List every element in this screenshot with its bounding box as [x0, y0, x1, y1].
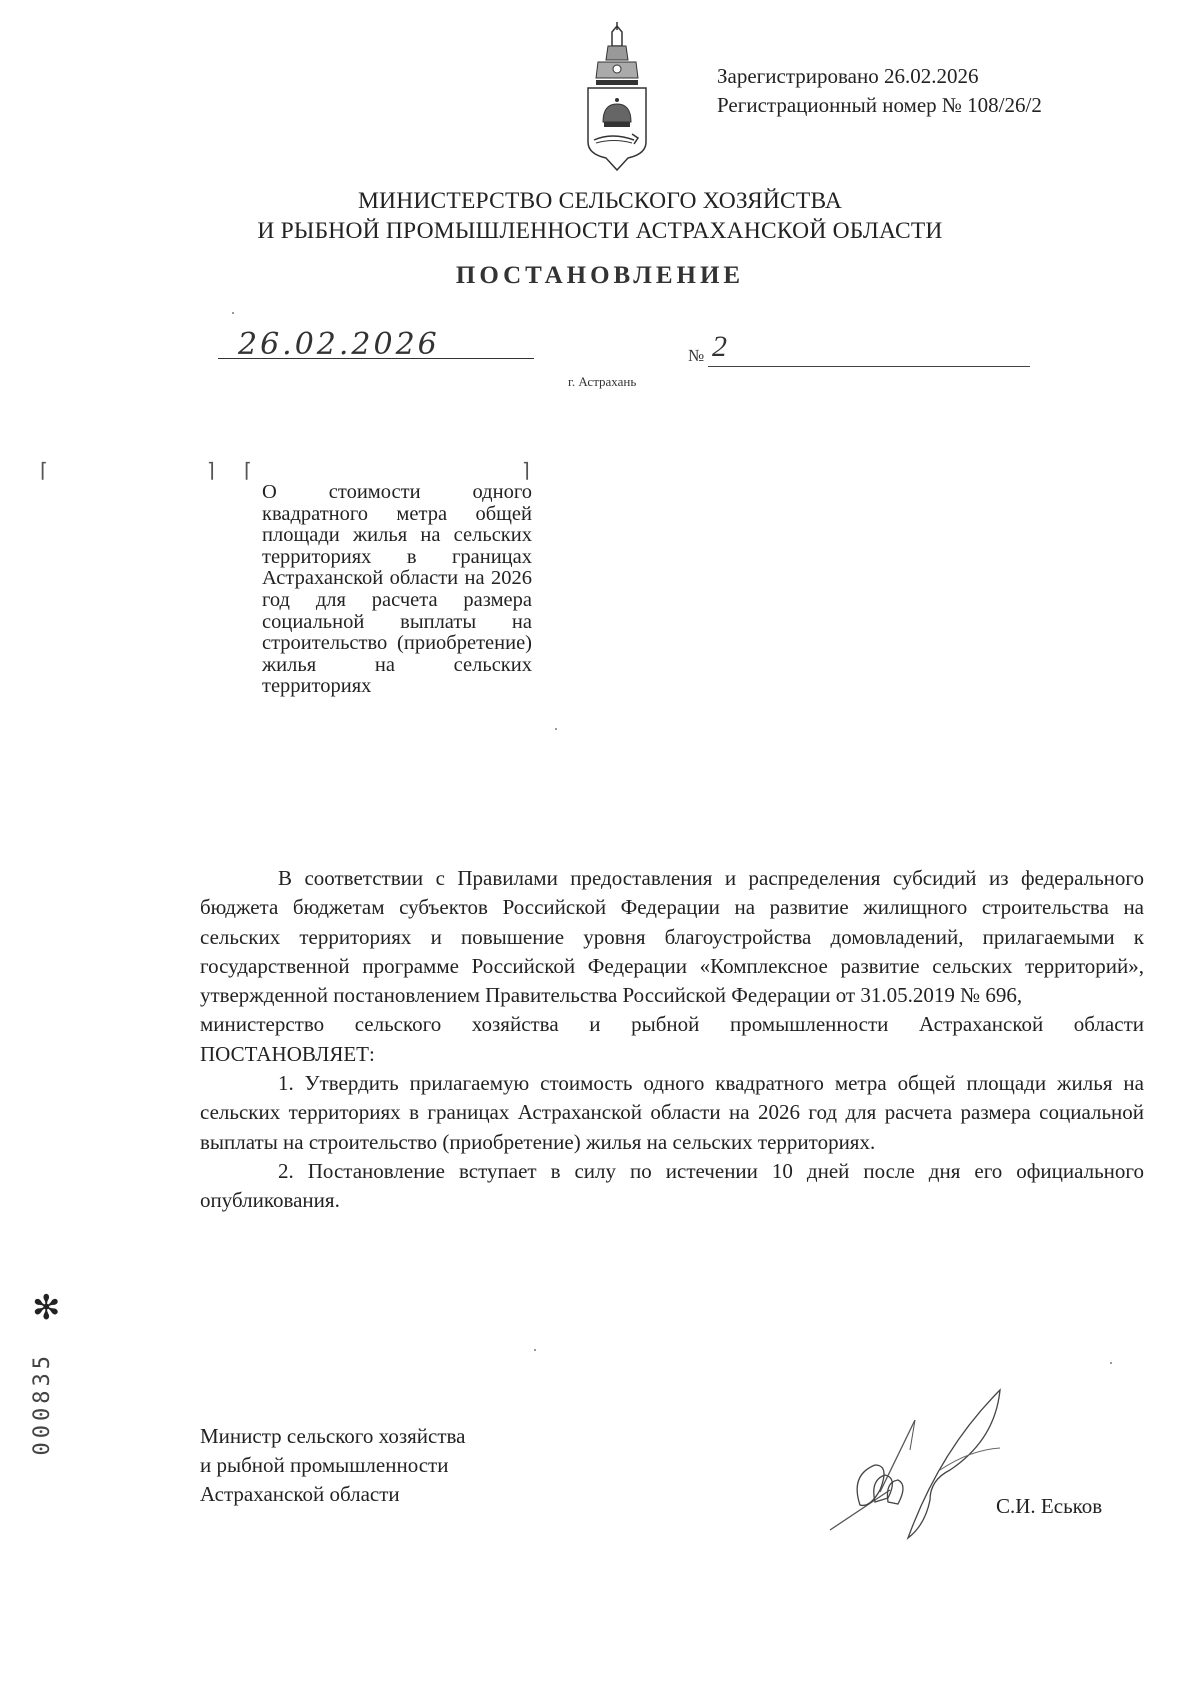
number-underline [708, 366, 1030, 367]
signatory-title-line-1: Министр сельского хозяйства [200, 1422, 466, 1451]
scan-speck [232, 312, 234, 314]
handwritten-signature [820, 1380, 1040, 1550]
scan-speck [555, 728, 557, 730]
bracket-top-left-icon: ⌈ [40, 458, 48, 482]
signer-name: С.И. Еськов [996, 1494, 1102, 1519]
ministry-name-line-2: И РЫБНОЙ ПРОМЫШЛЕННОСТИ АСТРАХАНСКОЙ ОБЛ… [0, 216, 1200, 246]
ministry-name-line-1: МИНИСТЕРСТВО СЕЛЬСКОГО ХОЗЯЙСТВА [0, 186, 1200, 216]
astrakhan-coat-of-arms-icon [584, 22, 650, 172]
bracket-top-right-icon: ⌉ [207, 458, 215, 482]
signature-icon [820, 1380, 1040, 1550]
document-subject: О стоимости одного квадратного метра общ… [262, 482, 532, 698]
signatory-title: Министр сельского хозяйства и рыбной про… [200, 1422, 466, 1509]
asterisk-mark-icon: ✻ [32, 1288, 61, 1328]
document-type-title: ПОСТАНОВЛЕНИЕ [0, 262, 1200, 290]
registration-number: Регистрационный номер № 108/26/2 [717, 91, 1042, 120]
handwritten-number: 2 [712, 330, 727, 364]
bracket-top-left-icon: ⌈ [244, 458, 252, 482]
document-body: В соответствии с Правилами предоставлени… [200, 864, 1144, 1216]
ministry-name: МИНИСТЕРСТВО СЕЛЬСКОГО ХОЗЯЙСТВА И РЫБНО… [0, 186, 1200, 246]
preamble-paragraph: В соответствии с Правилами предоставлени… [200, 864, 1144, 1010]
scan-speck [1110, 1362, 1112, 1364]
serial-number: 000835 [30, 1352, 60, 1455]
resolution-item-2: 2. Постановление вступает в силу по исте… [200, 1157, 1144, 1216]
registration-date: Зарегистрировано 26.02.2026 [717, 62, 1042, 91]
resolution-item-1: 1. Утвердить прилагаемую стоимость одног… [200, 1069, 1144, 1157]
coat-of-arms-emblem [584, 22, 650, 172]
scan-speck [534, 1349, 536, 1351]
number-label: № [688, 346, 704, 366]
city-label: г. Астрахань [568, 374, 636, 390]
registration-stamp: Зарегистрировано 26.02.2026 Регистрацион… [717, 62, 1042, 120]
subject-text: О стоимости одного квадратного метра общ… [262, 482, 532, 698]
resolution-paragraph: министерство сельского хозяйства и рыбно… [200, 1010, 1144, 1069]
date-underline [218, 358, 534, 359]
bracket-top-right-icon: ⌉ [522, 458, 530, 482]
handwritten-date: 26.02.2026 [238, 327, 440, 362]
signatory-title-line-2: и рыбной промышленности [200, 1451, 466, 1480]
signatory-title-line-3: Астраханской области [200, 1480, 466, 1509]
